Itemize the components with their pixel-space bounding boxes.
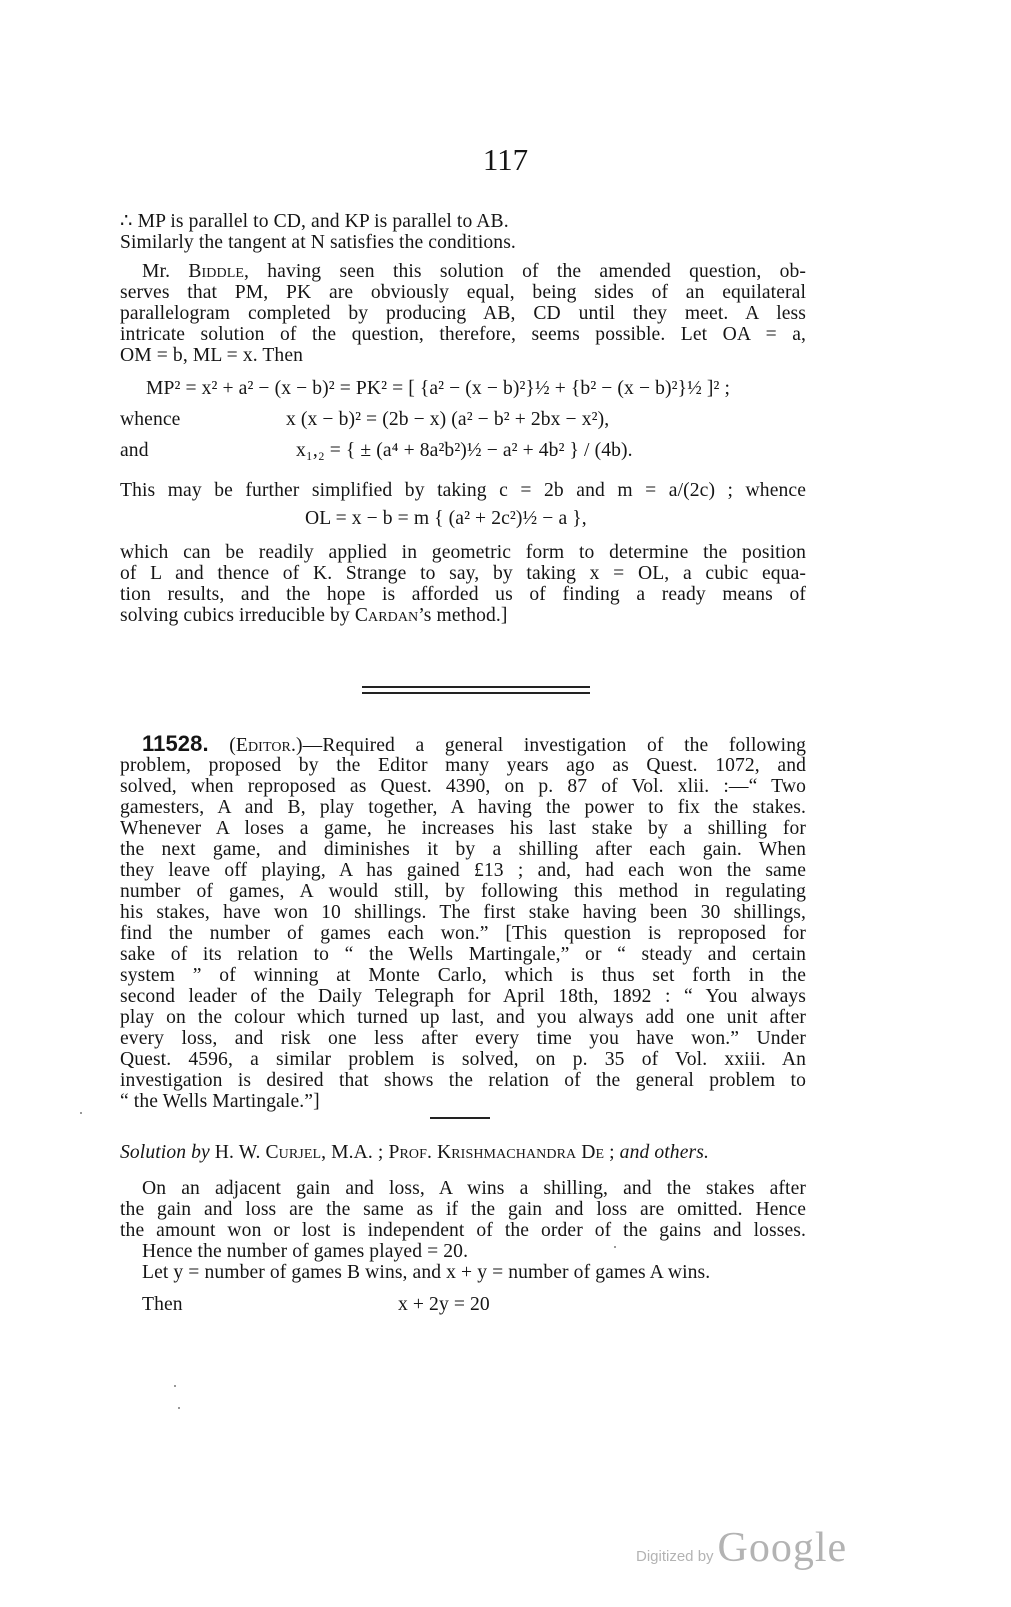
question-line-1: 11528. (Editor.)—Required a general inve… [120,733,806,756]
solution-line-2: the gain and loss are the same as if the… [120,1199,806,1220]
question-number: 11528. [142,731,209,756]
question-line-2: problem, proposed by the Editor many yea… [120,755,806,776]
question-line-16: Quest. 4596, a similar problem is solved… [120,1049,806,1070]
question-line-9: his stakes, have won 10 shillings. The f… [120,902,806,923]
google-watermark: Digitized by Google [636,1524,847,1572]
scan-speck [614,1246,616,1248]
question-line-17: investigation is desired that shows the … [120,1070,806,1091]
biddle-line-2: serves that PM, PK are obviously equal, … [120,282,806,303]
solution-byline: Solution by H. W. Curjel, M.A. ; Prof. K… [120,1142,806,1163]
whence-label: whence [120,409,180,430]
question-line-11: sake of its relation to “ the Wells Mart… [120,944,806,965]
watermark-digitized-by: Digitized by [636,1548,714,1565]
author-biddle: Biddle [188,261,244,282]
equation-mp-squared: MP² = x² + a² − (x − b)² = PK² = [ {a² −… [146,378,730,399]
solution-authors: H. W. Curjel, M.A. ; Prof. Krishmachandr… [210,1142,620,1163]
equation-whence: x (x − b)² = (2b − x) (a² − b² + 2bx − x… [286,409,609,430]
closing-line-3: tion results, and the hope is afforded u… [120,584,806,605]
question-line-18: “ the Wells Martingale.”] [120,1091,320,1112]
question-line-10: find the number of games each won.” [Thi… [120,923,806,944]
then-equation: x + 2y = 20 [398,1294,490,1315]
section-divider-bottom [362,692,590,694]
scan-speck [174,1385,176,1387]
solution-line-4: Hence the number of games played = 20. [142,1241,468,1262]
google-logo-icon: Google [718,1525,848,1571]
question-line-5: Whenever A loses a game, he increases hi… [120,818,806,839]
biddle-line-5: OM = b, ML = x. Then [120,345,303,366]
simplify-line: This may be further simplified by taking… [120,480,806,501]
question-line-4: gamesters, A and B, play together, A hav… [120,797,806,818]
then-label: Then [142,1294,183,1315]
closing-line-4: solving cubics irreducible by Cardan’s m… [120,605,508,626]
therefore-line: ∴ MP is parallel to CD, and KP is parall… [120,211,509,232]
similarly-line: Similarly the tangent at N satisfies the… [120,232,516,253]
question-line-3: solved, when reproposed as Quest. 4390, … [120,776,806,797]
question-line-13: second leader of the Daily Telegraph for… [120,986,806,1007]
author-cardan: Cardan [355,605,418,626]
question-line-7: they leave off playing, A has gained £13… [120,860,806,881]
question-line-14: play on the colour which turned up last,… [120,1007,806,1028]
and-label: and [120,440,149,461]
solution-line-3: the amount won or lost is independent of… [120,1220,806,1241]
biddle-line-1: Mr. Biddle, having seen this solution of… [120,261,806,282]
scan-speck [80,1112,82,1114]
short-divider [430,1117,490,1119]
question-line-12: system ” of winning at Monte Carlo, whic… [120,965,806,986]
scanned-page: 117 ∴ MP is parallel to CD, and KP is pa… [0,0,1011,1607]
question-proposer: (Editor.) [229,735,302,756]
question-line-6: the next game, and diminishes it by a sh… [120,839,806,860]
equation-ol: OL = x − b = m { (a² + 2c²)½ − a }, [305,508,587,529]
equation-x-roots: x₁,₂ = { ± (a⁴ + 8a²b²)½ − a² + 4b² } / … [296,440,633,461]
solution-line-5: Let y = number of games B wins, and x + … [142,1262,710,1283]
closing-line-1: which can be readily applied in geometri… [120,542,806,563]
closing-line-2: of L and thence of K. Strange to say, by… [120,563,806,584]
biddle-line-3: parallelogram completed by producing AB,… [120,303,806,324]
section-divider-top [362,686,590,688]
question-line-15: every loss, and risk one less after ever… [120,1028,806,1049]
scan-speck [178,1407,180,1409]
solution-line-1: On an adjacent gain and loss, A wins a s… [120,1178,806,1199]
question-line-8: number of games, A would still, by follo… [120,881,806,902]
page-number: 117 [0,142,1011,178]
biddle-line-4: intricate solution of the question, ther… [120,324,806,345]
